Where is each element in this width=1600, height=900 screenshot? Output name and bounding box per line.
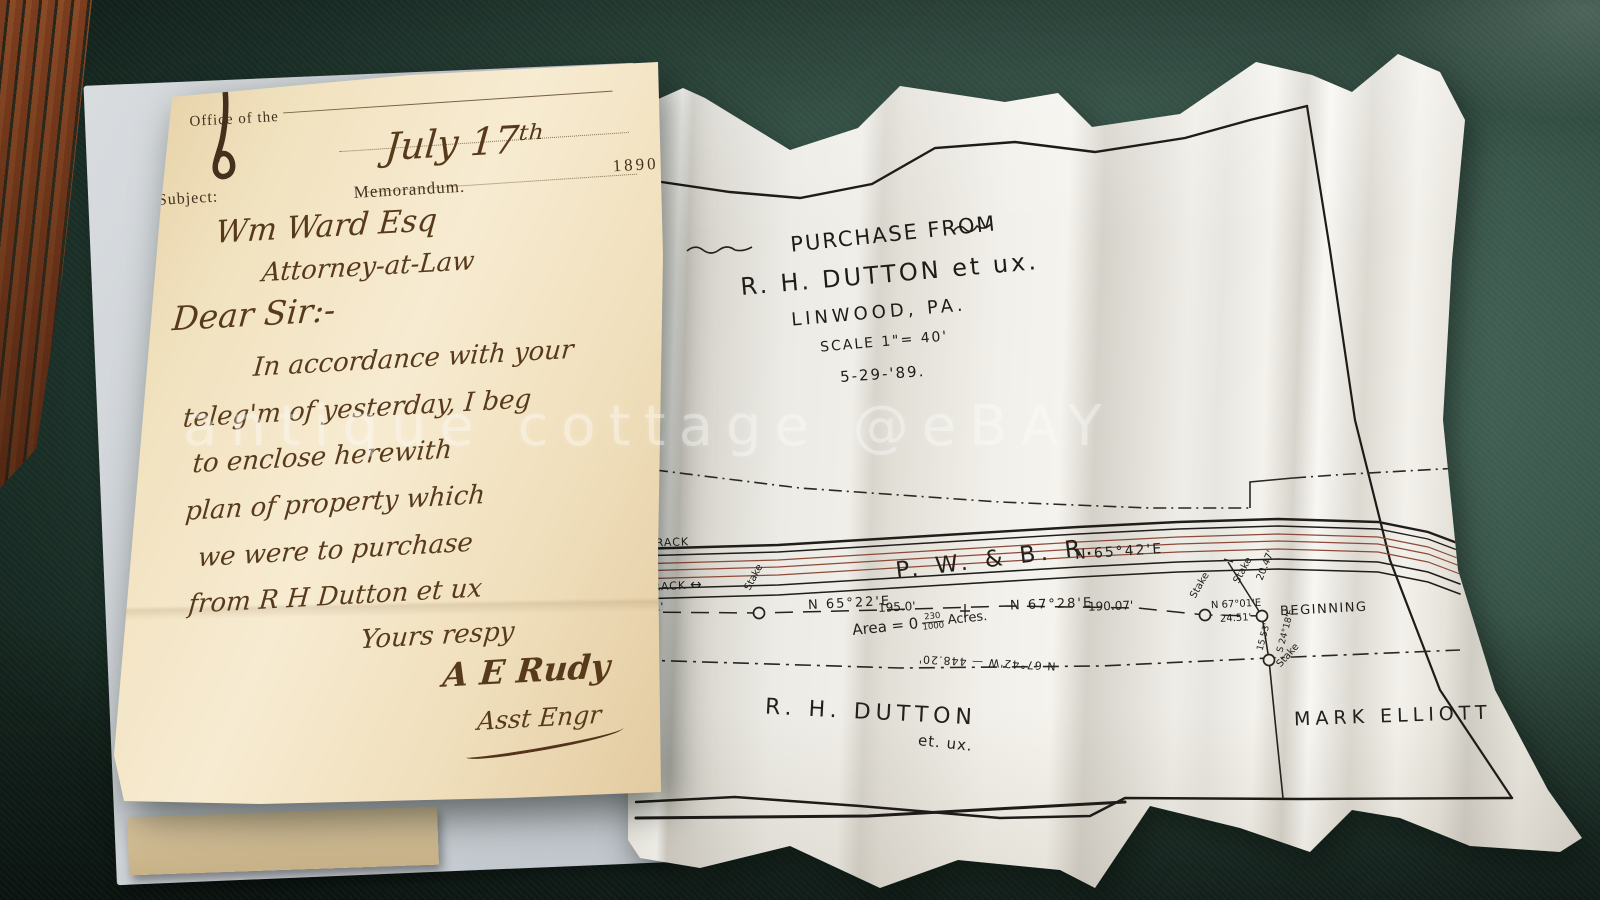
survey-baseline xyxy=(635,559,1283,798)
label-distance2: 190.07' xyxy=(1088,598,1134,614)
letter-line-body-5: we were to purchase xyxy=(197,528,474,574)
letter-line-body-1: In accordance with your xyxy=(252,335,575,383)
date-script: July 17ᵗʰ xyxy=(383,116,546,169)
area-fraction-bottom: 1000 xyxy=(922,621,944,632)
label-bearing2: N 67°28'E xyxy=(1010,596,1094,614)
memorandum-label: Memorandum. xyxy=(353,177,466,203)
letter-line-body-4: plan of property which xyxy=(184,480,486,527)
closing-line: Yours respy xyxy=(359,617,515,656)
label-distance3: 24.51' xyxy=(1220,612,1252,625)
folded-survey-plan: PURCHASE FROM R. H. DUTTON et ux. LINWOO… xyxy=(628,50,1585,895)
label-distance1: 195.0' xyxy=(878,599,916,615)
area-fraction: 230 1000 xyxy=(921,612,944,632)
signature-script: A E Rudy xyxy=(441,646,611,695)
photo-of-documents: PURCHASE FROM R. H. DUTTON et ux. LINWOO… xyxy=(0,0,1600,900)
letter-line-body-6: from R H Dutton et ux xyxy=(187,573,483,620)
letter-line-title: Attorney-at-Law xyxy=(261,246,476,288)
letter-line-salutation: Dear Sir:- xyxy=(171,290,337,338)
office-underline xyxy=(283,91,612,114)
letter-document: Office of the July 17ᵗʰ 1890 Memorandum.… xyxy=(110,55,670,875)
subject-label: Subject: xyxy=(157,188,218,209)
letterhead-office-line: Office of the xyxy=(189,109,279,131)
plan-linework xyxy=(628,50,1585,895)
letter-paper: Office of the July 17ᵗʰ 1890 Memorandum.… xyxy=(110,55,670,875)
watermark-overlay: antique cottage @eBAY xyxy=(183,394,1115,459)
year-value: 1890 xyxy=(612,154,659,177)
track-arrow-icon: ↔ xyxy=(690,577,702,593)
area-suffix: Acres. xyxy=(947,608,988,627)
letter-line-addressee: Wm Ward Esq xyxy=(214,202,438,251)
plan-paper: PURCHASE FROM R. H. DUTTON et ux. LINWOO… xyxy=(628,50,1585,895)
